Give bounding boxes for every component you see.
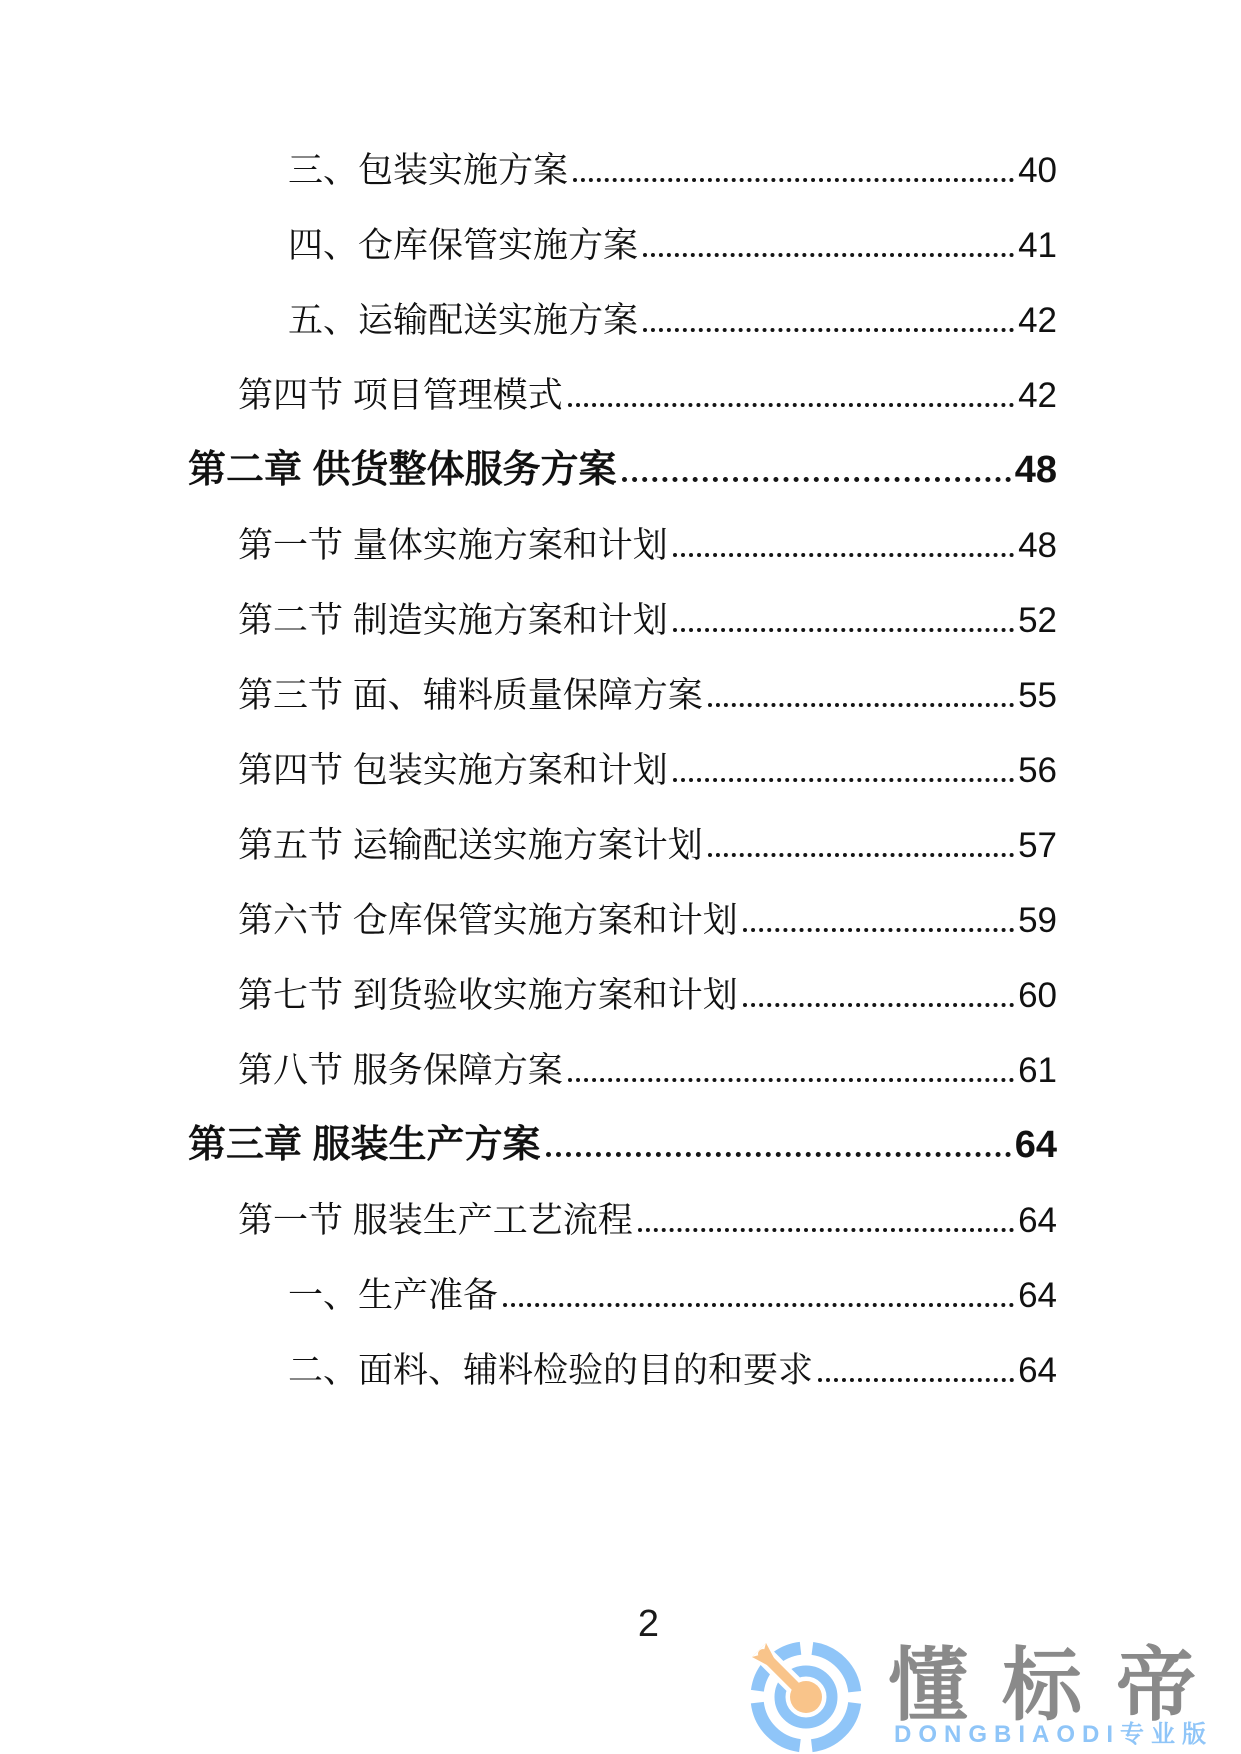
toc-entry-9[interactable]: 第五节 运输配送实施方案计划 57 <box>0 808 1241 883</box>
toc-entry-page: 56 <box>1018 733 1057 808</box>
toc-entry-page: 60 <box>1018 958 1057 1033</box>
dot-leader <box>708 703 1014 707</box>
toc-entry-page: 61 <box>1018 1033 1057 1108</box>
toc-entry-12[interactable]: 第八节 服务保障方案 61 <box>0 1033 1241 1108</box>
dot-leader <box>673 628 1014 632</box>
toc-entry-3[interactable]: 第四节 项目管理模式 42 <box>0 358 1241 433</box>
dot-leader <box>568 1078 1014 1082</box>
toc-entry-8[interactable]: 第四节 包装实施方案和计划 56 <box>0 733 1241 808</box>
toc-entry-page: 42 <box>1018 283 1057 358</box>
dot-leader <box>743 928 1014 932</box>
dot-leader <box>743 1003 1014 1007</box>
toc-entry-15[interactable]: 一、生产准备 64 <box>0 1258 1241 1333</box>
toc-entry-label: 第一节 量体实施方案和计划 <box>238 508 668 583</box>
toc-entry-page: 64 <box>1018 1258 1057 1333</box>
toc-entry-label: 第四节 包装实施方案和计划 <box>238 733 668 808</box>
toc-entry-page: 59 <box>1018 883 1057 958</box>
dot-leader <box>708 853 1014 857</box>
toc-entry-label: 第四节 项目管理模式 <box>238 358 563 433</box>
toc-entry-5[interactable]: 第一节 量体实施方案和计划 48 <box>0 508 1241 583</box>
dot-leader <box>622 477 1011 482</box>
toc-entry-page: 52 <box>1018 583 1057 658</box>
toc-entry-label: 第二章 供货整体服务方案 <box>188 433 617 508</box>
dot-leader <box>643 253 1014 257</box>
watermark-brand-text: 懂标帝 <box>888 1646 1230 1726</box>
toc-entry-13[interactable]: 第三章 服装生产方案 64 <box>0 1108 1241 1183</box>
toc-entry-page: 48 <box>1018 508 1057 583</box>
toc-entry-page: 41 <box>1018 208 1057 283</box>
toc-entry-4[interactable]: 第二章 供货整体服务方案 48 <box>0 433 1241 508</box>
dot-leader <box>673 778 1014 782</box>
toc-entry-label: 二、面料、辅料检验的目的和要求 <box>288 1333 813 1408</box>
toc-entry-6[interactable]: 第二节 制造实施方案和计划 52 <box>0 583 1241 658</box>
table-of-contents: 三、包装实施方案 40 四、仓库保管实施方案 41 五、运输配送实施方案 42 … <box>0 133 1241 1408</box>
dot-leader <box>638 1228 1014 1232</box>
toc-entry-10[interactable]: 第六节 仓库保管实施方案和计划 59 <box>0 883 1241 958</box>
toc-entry-label: 第七节 到货验收实施方案和计划 <box>238 958 738 1033</box>
toc-entry-14[interactable]: 第一节 服装生产工艺流程 64 <box>0 1183 1241 1258</box>
toc-entry-label: 第二节 制造实施方案和计划 <box>238 583 668 658</box>
bullseye-dart-icon <box>750 1641 862 1753</box>
toc-entry-label: 第三节 面、辅料质量保障方案 <box>238 658 703 733</box>
page-number: 2 <box>0 1605 1241 1643</box>
toc-entry-label: 第六节 仓库保管实施方案和计划 <box>238 883 738 958</box>
toc-entry-1[interactable]: 四、仓库保管实施方案 41 <box>0 208 1241 283</box>
toc-entry-16[interactable]: 二、面料、辅料检验的目的和要求 64 <box>0 1333 1241 1408</box>
toc-entry-page: 64 <box>1015 1108 1057 1183</box>
toc-entry-page: 48 <box>1015 433 1057 508</box>
toc-entry-2[interactable]: 五、运输配送实施方案 42 <box>0 283 1241 358</box>
toc-entry-page: 57 <box>1018 808 1057 883</box>
dot-leader <box>643 328 1014 332</box>
dot-leader <box>503 1303 1014 1307</box>
toc-entry-label: 第一节 服装生产工艺流程 <box>238 1183 633 1258</box>
toc-entry-7[interactable]: 第三节 面、辅料质量保障方案 55 <box>0 658 1241 733</box>
dot-leader <box>546 1152 1011 1157</box>
document-page: 三、包装实施方案 40 四、仓库保管实施方案 41 五、运输配送实施方案 42 … <box>0 0 1241 1754</box>
dot-leader <box>573 178 1014 182</box>
toc-entry-page: 64 <box>1018 1183 1057 1258</box>
watermark-subtitle-text: DONGBIAODI专业版 <box>894 1722 1213 1748</box>
toc-entry-label: 三、包装实施方案 <box>288 133 568 208</box>
dot-leader <box>673 553 1014 557</box>
toc-entry-page: 55 <box>1018 658 1057 733</box>
dot-leader <box>818 1378 1014 1382</box>
toc-entry-11[interactable]: 第七节 到货验收实施方案和计划 60 <box>0 958 1241 1033</box>
toc-entry-label: 一、生产准备 <box>288 1258 498 1333</box>
toc-entry-label: 第三章 服装生产方案 <box>188 1108 541 1183</box>
toc-entry-label: 第八节 服务保障方案 <box>238 1033 563 1108</box>
toc-entry-page: 42 <box>1018 358 1057 433</box>
toc-entry-page: 40 <box>1018 133 1057 208</box>
toc-entry-0[interactable]: 三、包装实施方案 40 <box>0 133 1241 208</box>
toc-entry-label: 五、运输配送实施方案 <box>288 283 638 358</box>
toc-entry-label: 四、仓库保管实施方案 <box>288 208 638 283</box>
toc-entry-page: 64 <box>1018 1333 1057 1408</box>
toc-entry-label: 第五节 运输配送实施方案计划 <box>238 808 703 883</box>
dot-leader <box>568 403 1014 407</box>
